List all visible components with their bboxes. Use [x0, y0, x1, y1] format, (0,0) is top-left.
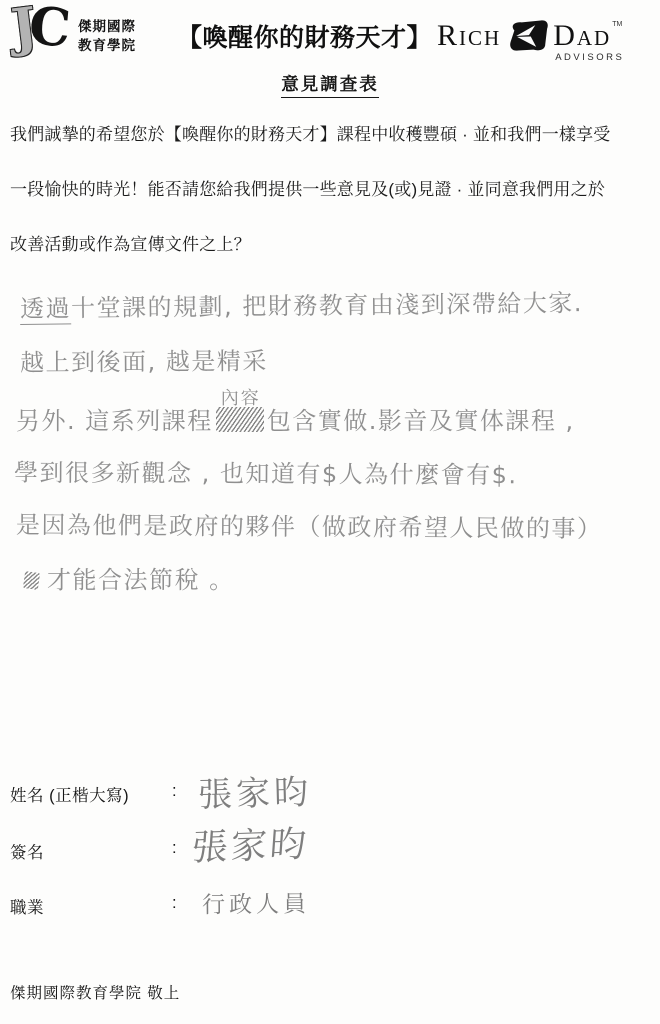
intro-paragraph-line2: 一段愉快的時光！能否請您給我們提供一些意見及(或)見證 · 並同意我們用之於: [10, 175, 605, 200]
rich-dad-emblem-icon: [508, 20, 548, 52]
signature-field-label: 簽名: [10, 839, 44, 863]
handwritten-line-3-prefix: 另外. 這系列課程: [16, 407, 213, 435]
jc-org-line1: 傑期國際: [78, 19, 136, 34]
inserted-correction-text: 內容: [221, 384, 261, 410]
intro-paragraph-line1: 我們誠摯的希望您於【喚醒你的財務天才】課程中收穫豐碩 · 並和我們一樣享受: [10, 120, 611, 145]
jc-org-line2: 教育學院: [78, 38, 136, 53]
handwritten-line-3: 另外. 這系列課程內容包含實做.影音及實体課程 ,: [16, 401, 575, 436]
name-field-label: 姓名 (正楷大寫): [10, 782, 129, 806]
scanned-feedback-form: J C 傑期國際 教育學院 【喚醒你的財務天才】 Rich DadTM ADVI…: [0, 0, 660, 1024]
rich-wordmark: Rich: [437, 21, 501, 51]
form-title-text: 意見調查表: [281, 74, 379, 98]
scribbled-out-word: 內容: [216, 407, 264, 432]
handwritten-line-6-text: 才能合法節稅 。: [47, 566, 235, 594]
handwritten-line-1-rest: 十堂課的規劃, 把財務教育由淺到深帶給大家.: [71, 289, 583, 322]
trademark-symbol: TM: [612, 21, 622, 28]
handwritten-line-1: 透過十堂課的規劃, 把財務教育由淺到深帶給大家.: [20, 283, 583, 324]
dad-wordmark-block: DadTM ADVISORS: [553, 21, 622, 51]
form-title: 意見調查表: [0, 71, 660, 96]
occupation-field-handwritten-value: 行政人員: [202, 886, 310, 920]
signature-field-colon: :: [172, 839, 177, 858]
jc-org-name: 傑期國際 教育學院: [78, 18, 136, 56]
handwritten-line-6: 才能合法節稅 。: [24, 560, 235, 595]
handwritten-line-3-suffix: 包含實做.影音及實体課程 ,: [267, 407, 575, 435]
intro-paragraph-line3: 改善活動或作為宣傳文件之上？: [10, 230, 251, 255]
handwritten-line-2: 越上到後面, 越是精采: [20, 341, 268, 378]
name-field-colon: :: [172, 782, 177, 801]
course-title: 【喚醒你的財務天才】: [177, 18, 432, 54]
handwritten-line-4: 學到很多新觀念 , 也知道有$人為什麼會有$.: [14, 453, 518, 491]
advisors-wordmark: ADVISORS: [555, 52, 624, 63]
name-field-handwritten-value: 張家昀: [197, 765, 312, 817]
handwritten-underlined-word: 透過: [20, 294, 71, 325]
jc-logo-letter-c: C: [26, 0, 72, 55]
closing-signature: 傑期國際教育學院 敬上: [10, 981, 180, 1003]
occupation-field-label: 職業: [10, 894, 44, 918]
signature-field-handwritten-value: 張家昀: [190, 816, 311, 871]
handwritten-line-5: 是因為他們是政府的夥伴（做政府希望人民做的事）: [16, 505, 603, 544]
rich-dad-advisors-logo: Rich DadTM ADVISORS: [437, 20, 622, 52]
jc-logo: J C 傑期國際 教育學院: [12, 2, 136, 56]
scribbled-out-character: [23, 571, 40, 590]
occupation-field-colon: :: [172, 894, 177, 913]
dad-wordmark: Dad: [553, 19, 611, 52]
